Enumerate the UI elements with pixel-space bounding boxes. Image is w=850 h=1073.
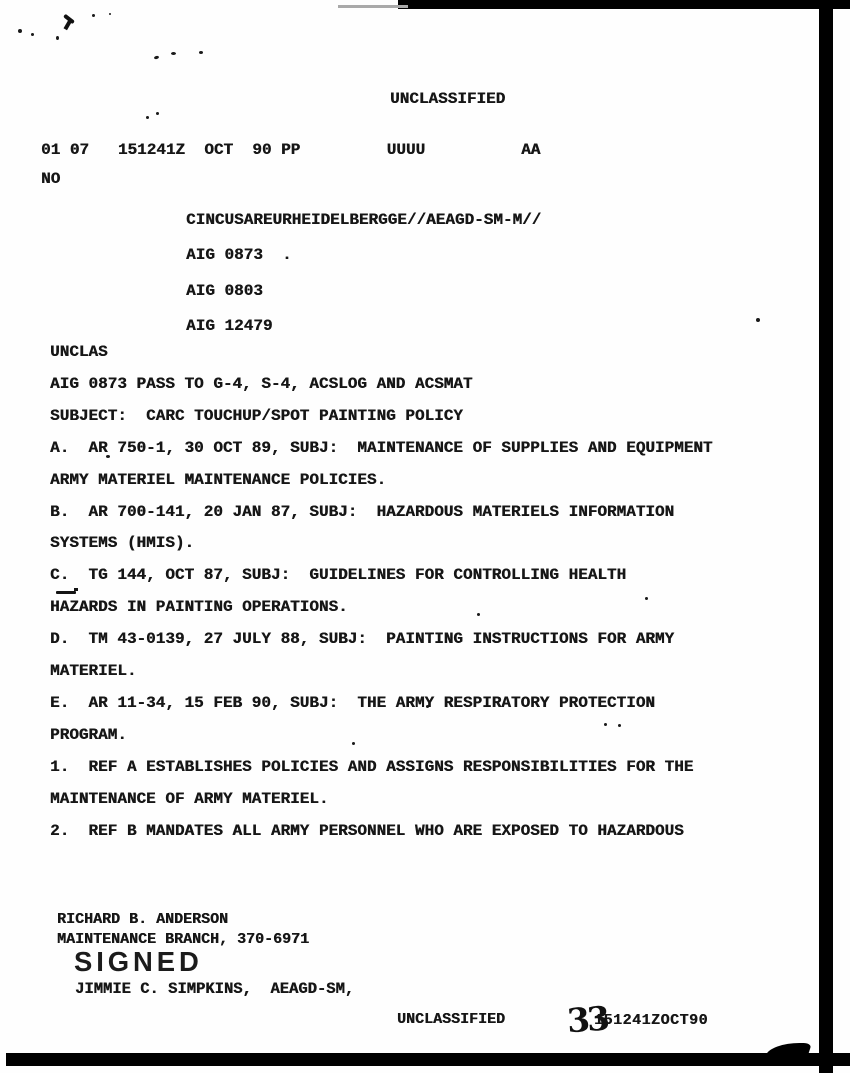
text-line: ARMY MATERIEL MAINTENANCE POLICIES.	[50, 465, 713, 497]
classification-banner-bottom: UNCLASSIFIED	[397, 1011, 505, 1028]
scan-border-top	[398, 0, 850, 9]
scan-border-bottom	[6, 1053, 850, 1066]
text-line: HAZARDS IN PAINTING OPERATIONS.	[50, 592, 713, 624]
routing-no-line: NO	[41, 170, 60, 188]
scanned-message-page: UNCLASSIFIED 01 07 151241Z OCT 90 PP UUU…	[0, 0, 850, 1073]
scan-speck	[154, 55, 160, 59]
text-line: AIG 0873 PASS TO G-4, S-4, ACSLOG AND AC…	[50, 369, 713, 401]
scan-speck	[146, 116, 149, 119]
scan-speck	[92, 14, 95, 17]
text-line: SUBJECT: CARC TOUCHUP/SPOT PAINTING POLI…	[50, 401, 713, 433]
date-time-group: 151241ZOCT90	[594, 1012, 708, 1029]
text-line: E. AR 11-34, 15 FEB 90, SUBJ: THE ARMY R…	[50, 688, 713, 720]
scan-speck	[31, 33, 34, 36]
scan-speck	[199, 51, 203, 54]
text-line: AIG 0873 .	[186, 238, 541, 273]
text-line: AIG 0803	[186, 274, 541, 309]
scan-smudge	[766, 1043, 812, 1055]
scan-border-top-faint	[338, 5, 408, 8]
address-block: CINCUSAREURHEIDELBERGGE//AEAGD-SM-M//AIG…	[186, 203, 541, 345]
scan-speck	[156, 112, 159, 115]
text-line: C. TG 144, OCT 87, SUBJ: GUIDELINES FOR …	[50, 560, 713, 592]
scan-speck	[64, 19, 73, 31]
scan-border-right	[819, 4, 833, 1073]
signed-stamp: SIGNED	[74, 946, 203, 978]
text-line: SYSTEMS (HMIS).	[50, 528, 713, 560]
text-line: 2. REF B MANDATES ALL ARMY PERSONNEL WHO…	[50, 816, 713, 848]
text-line: PROGRAM.	[50, 720, 713, 752]
routing-header-line: 01 07 151241Z OCT 90 PP UUUU AA	[41, 141, 540, 159]
releaser-name: JIMMIE C. SIMPKINS, AEAGD-SM,	[75, 980, 354, 998]
scan-speck	[756, 318, 760, 322]
scan-speck	[18, 29, 22, 33]
scan-speck	[56, 36, 59, 40]
text-line: D. TM 43-0139, 27 JULY 88, SUBJ: PAINTIN…	[50, 624, 713, 656]
drafter-name: RICHARD B. ANDERSON	[57, 910, 228, 930]
text-line: MATERIEL.	[50, 656, 713, 688]
text-line: 1. REF A ESTABLISHES POLICIES AND ASSIGN…	[50, 752, 713, 784]
text-line: A. AR 750-1, 30 OCT 89, SUBJ: MAINTENANC…	[50, 433, 713, 465]
text-line: B. AR 700-141, 20 JAN 87, SUBJ: HAZARDOU…	[50, 497, 713, 529]
classification-banner-top: UNCLASSIFIED	[390, 90, 505, 108]
text-line: CINCUSAREURHEIDELBERGGE//AEAGD-SM-M//	[186, 203, 541, 238]
text-line: UNCLAS	[50, 337, 713, 369]
scan-speck	[109, 13, 111, 15]
scan-speck	[171, 52, 176, 55]
text-line: MAINTENANCE OF ARMY MATERIEL.	[50, 784, 713, 816]
message-body: UNCLASAIG 0873 PASS TO G-4, S-4, ACSLOG …	[50, 337, 713, 848]
handwritten-page-number: 33	[566, 999, 609, 1041]
